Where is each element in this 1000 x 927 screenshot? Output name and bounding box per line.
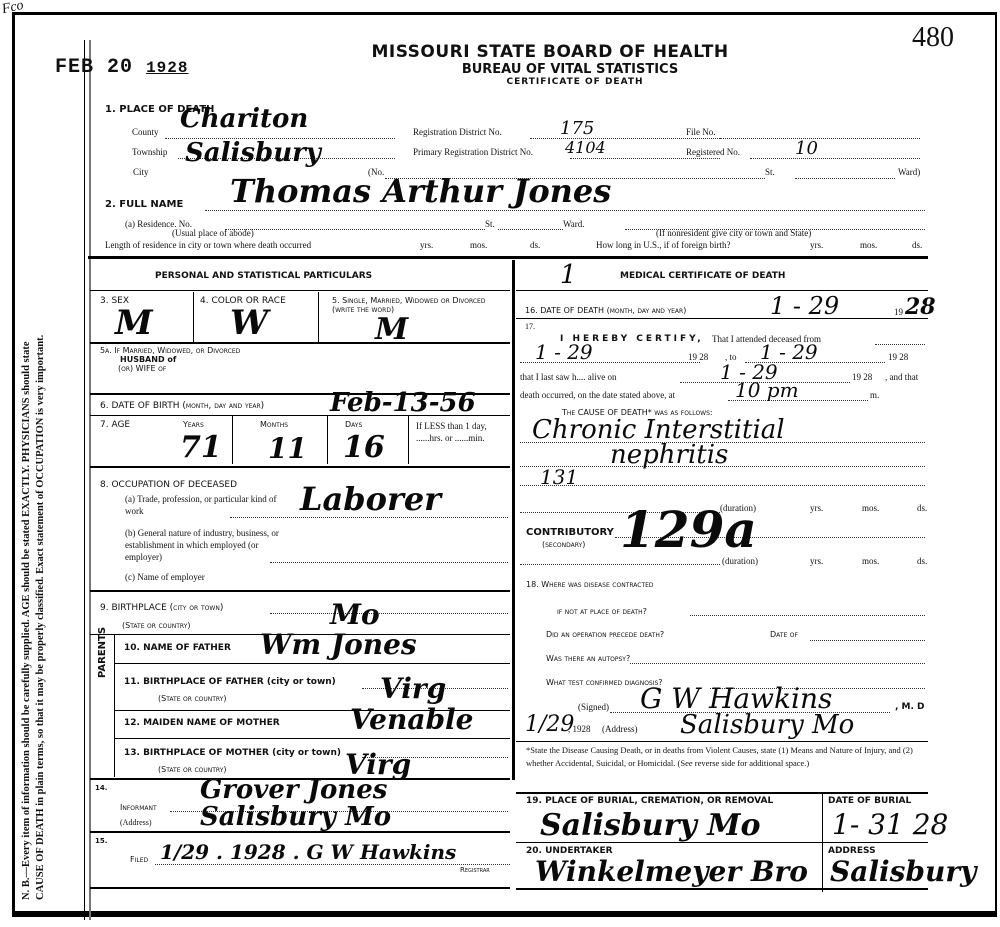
father-label: 10. NAME OF FATHER: [124, 643, 231, 653]
duration-ds-1: ds.: [917, 503, 927, 513]
days-label: Days: [345, 420, 362, 429]
occupation-c-label: (c) Name of employer: [125, 572, 205, 582]
cause-footnote: *State the Disease Causing Death, or in …: [526, 744, 926, 770]
contributory-label: CONTRIBUTORY: [526, 527, 614, 538]
signed-label: (Signed): [578, 702, 609, 712]
certificate-header: MISSOURI STATE BOARD OF HEALTH BUREAU OF…: [300, 42, 800, 87]
birthplace-sub-label: (State or country): [122, 621, 191, 630]
city-ward-label: Ward): [898, 167, 920, 177]
received-stamp: FEB 20 1928: [55, 56, 188, 79]
occupation-a-value: Laborer: [300, 480, 441, 518]
physician-address-value: Salisbury Mo: [680, 710, 854, 740]
mother-birthplace-label: 13. BIRTHPLACE OF MOTHER (city or town): [124, 748, 341, 758]
informant-address-label: (Address): [120, 818, 152, 827]
date-of-death-value: 1 - 29: [770, 292, 839, 320]
length-residence-label: Length of residence in city or town wher…: [105, 240, 311, 250]
last-saw-year: 19 28: [852, 372, 872, 382]
burial-place-value: Salisbury Mo: [540, 808, 760, 843]
and-that-label: , and that: [885, 372, 918, 382]
primary-reg-label: Primary Registration District No.: [413, 147, 533, 157]
marital-label: 5. Single, Married, Widowed or Divorced …: [332, 296, 502, 314]
undertaker-value: Winkelmeyer Bro: [535, 855, 808, 888]
duration-mos-1: mos.: [862, 503, 879, 513]
parents-label: PARENTS: [97, 627, 108, 678]
township-value: Salisbury: [185, 138, 321, 168]
residence-ward-label: Ward.: [563, 219, 585, 229]
township-label: Township: [132, 147, 167, 157]
death-time-value: 10 pm: [735, 378, 799, 402]
months-value: 11: [268, 432, 307, 465]
spouse-label-1: 5a. If Married, Widowed, or Divorced: [100, 346, 240, 355]
full-name-label: 2. FULL NAME: [105, 199, 183, 210]
informant-value: Grover Jones: [200, 775, 387, 805]
attended-from-value: 1 - 29: [535, 340, 593, 364]
side-note-line-1: N. B.—Every item of information should b…: [20, 90, 34, 900]
full-name-value: Thomas Arthur Jones: [230, 172, 611, 210]
autopsy-label: Was there an autopsy?: [546, 654, 630, 663]
birthplace-label: 9. BIRTHPLACE (city or town): [100, 603, 223, 613]
dob-label: 6. DATE OF BIRTH (month, day and year): [100, 401, 264, 411]
filed-label: Filed: [130, 855, 148, 864]
registered-no-value: 10: [795, 138, 818, 159]
attended-from-year: 19 28: [688, 352, 708, 362]
filed-value: 1/29 . 1928 . G W Hawkins: [160, 840, 456, 864]
bureau-title: BUREAU OF VITAL STATISTICS: [340, 62, 800, 77]
item-18-label: 18. Where was disease contracted: [526, 580, 654, 589]
county-value: Chariton: [180, 104, 308, 134]
occupation-a-label: (a) Trade, profession, or particular kin…: [125, 493, 290, 517]
father-value: Wm Jones: [260, 628, 417, 661]
item-17-label: 17.: [525, 322, 535, 331]
birthplace-value: Mo: [330, 598, 380, 631]
less-than-day-label: If LESS than 1 day, ......hrs. or ......…: [416, 420, 506, 444]
spouse-label-3: (or) WIFE of: [118, 364, 166, 373]
city-label: City: [133, 167, 149, 177]
foreign-mos-label: mos.: [860, 240, 877, 250]
days-value: 16: [343, 430, 385, 465]
side-note: N. B.—Every item of information should b…: [20, 90, 75, 900]
county-label: County: [132, 127, 159, 137]
months-label: Months: [260, 420, 288, 429]
stamp-month: FEB: [55, 56, 94, 79]
death-occurred-label: death occurred, on the date stated above…: [520, 390, 675, 400]
contributory-value: 129a: [620, 500, 757, 559]
m-label: m.: [870, 390, 879, 400]
date-of-label: Date of: [770, 630, 798, 639]
city-st-label: St.: [765, 167, 775, 177]
years-label: Years: [183, 420, 204, 429]
yrs-label: yrs.: [420, 240, 433, 250]
cause-line-2: nephritis: [610, 440, 728, 470]
residence-st-label: St.: [485, 219, 495, 229]
dob-value: Feb-13-56: [330, 388, 476, 418]
foreign-birth-label: How long in U.S., if of foreign birth?: [596, 240, 730, 250]
filed-num: 15.: [95, 837, 107, 845]
contributory-sub: (secondary): [542, 540, 585, 549]
duration-label-2: (duration): [722, 556, 758, 566]
father-birthplace-value: Virg: [380, 672, 446, 705]
file-no-label: File No.: [686, 127, 716, 137]
section-divider: [88, 256, 928, 259]
burial-date-value: 1- 31 28: [832, 808, 948, 841]
occupation-label: 8. OCCUPATION OF DECEASED: [100, 480, 237, 490]
reg-district-label: Registration District No.: [413, 127, 502, 137]
informant-label: Informant: [120, 803, 157, 812]
duration-mos-2: mos.: [862, 556, 879, 566]
dod-year-prefix: 19: [894, 307, 903, 317]
mos-label: mos.: [470, 240, 487, 250]
margin-rule: [84, 40, 91, 920]
column-divider: [512, 260, 515, 780]
father-birthplace-label: 11. BIRTHPLACE OF FATHER (city or town): [124, 677, 336, 687]
mother-birthplace-sub: (State or country): [158, 765, 227, 774]
mother-label: 12. MAIDEN NAME OF MOTHER: [124, 718, 280, 728]
board-title: MISSOURI STATE BOARD OF HEALTH: [300, 42, 800, 62]
informant-address-value: Salisbury Mo: [200, 802, 391, 832]
burial-date-label: DATE OF BURIAL: [828, 796, 911, 806]
item-18-sub: if not at place of death?: [557, 607, 647, 616]
side-note-line-2: CAUSE OF DEATH in plain terms, so that i…: [34, 90, 48, 900]
sex-value: M: [115, 303, 153, 343]
form-title: CERTIFICATE OF DEATH: [350, 77, 800, 87]
ds-label: ds.: [530, 240, 540, 250]
signature-date: 1/29: [525, 712, 574, 737]
medical-section-mark: 1: [560, 260, 577, 290]
father-birthplace-sub: (State or country): [158, 694, 227, 703]
personal-section-title: PERSONAL AND STATISTICAL PARTICULARS: [155, 271, 372, 281]
duration-ds-2: ds.: [917, 556, 927, 566]
last-saw-label: that I last saw h.... alive on: [520, 372, 616, 382]
spouse-label-2: HUSBAND of: [120, 355, 176, 364]
age-label: 7. AGE: [100, 420, 130, 430]
years-value: 71: [180, 430, 222, 465]
dod-year-value: 28: [905, 294, 936, 320]
md-label: , M. D: [895, 702, 925, 712]
stamp-year: 1928: [146, 59, 188, 77]
burial-place-label: 19. PLACE OF BURIAL, CREMATION, OR REMOV…: [526, 796, 773, 806]
file-number: 480: [912, 22, 954, 54]
registered-no-label: Registered No.: [686, 147, 740, 157]
physician-address-label: (Address): [602, 724, 638, 734]
nonresident-note: (If nonresident give city or town and St…: [656, 228, 811, 238]
residence-sub-label: (Usual place of abode): [172, 228, 254, 238]
informant-num: 14.: [95, 784, 107, 792]
signature-year: , 1928: [568, 724, 591, 734]
duration-yrs-1: yrs.: [810, 503, 823, 513]
mother-value: Venable: [350, 703, 474, 736]
occupation-b-label: (b) General nature of industry, business…: [125, 527, 290, 563]
foreign-yrs-label: yrs.: [810, 240, 823, 250]
primary-reg-value: 4104: [565, 138, 606, 157]
attended-to-year: 19 28: [888, 352, 908, 362]
date-of-death-label: 16. DATE OF DEATH (month, day and year): [525, 306, 686, 315]
registrar-label: Registrar: [460, 866, 490, 874]
medical-section-title: MEDICAL CERTIFICATE OF DEATH: [620, 271, 785, 281]
operation-label: Did an operation precede death?: [546, 630, 664, 639]
stamp-day: 20: [107, 56, 133, 79]
color-value: W: [230, 303, 268, 343]
foreign-ds-label: ds.: [912, 240, 922, 250]
duration-yrs-2: yrs.: [810, 556, 823, 566]
reg-district-value: 175: [560, 118, 594, 139]
undertaker-address-value: Salisbury: [830, 855, 976, 888]
